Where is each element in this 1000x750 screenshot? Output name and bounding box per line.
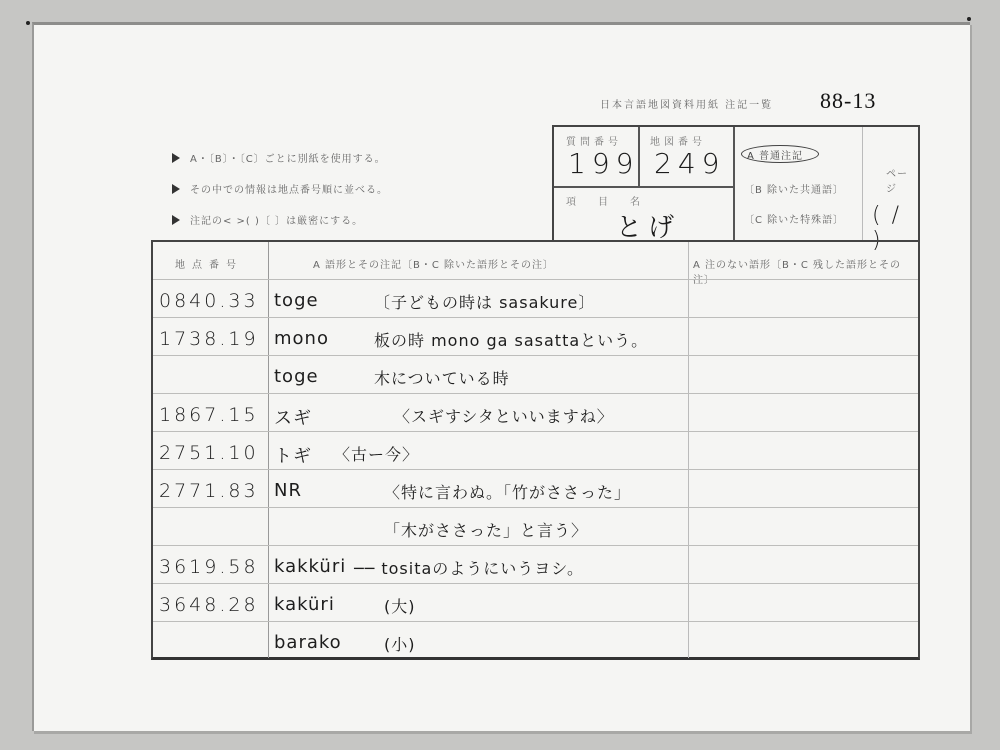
row-rule [153,469,918,470]
point-number: 0840.33 [159,290,259,312]
form-title: 日本言語地図資料用紙 注記一覧 [600,96,773,111]
item-name-label: 項目名 [566,193,662,208]
instruction-1: A・〔B〕・〔C〕ごとに別紙を使用する。 [172,150,386,165]
column-header-point: 地点番号 [175,256,243,271]
row-rule [153,621,918,622]
word-form: kakküri [274,556,346,577]
word-form: toge [274,366,319,387]
notes-table: 地点番号 A 語形とその注記〔B・C 除いた語形とその注〕 A 注のない語形〔B… [151,240,920,660]
map-number-label: 地図番号 [650,133,706,148]
annotation: 〈スギすシタといいますね〉 [394,404,614,427]
map-number: 249 [654,147,725,180]
header-box: 質問番号 199 地図番号 249 項目名 とげ A 普通注記 〔B 除いた共通… [552,125,920,240]
row-rule [153,355,918,356]
point-number: 3619.58 [159,556,259,578]
option-c[interactable]: 〔C 除いた特殊語〕 [744,211,844,226]
annotation: 板の時 mono ga sasattaという。 [374,328,648,351]
row-rule [153,507,918,508]
word-form: NR [274,480,302,501]
divider [733,127,735,242]
row-rule [153,393,918,394]
word-form: toge [274,290,319,311]
annotation: 「木がささった」と言う〉 [384,518,588,541]
pin-mark [967,17,971,21]
point-number: 1738.19 [159,328,259,350]
annotation: (小) [384,632,416,655]
form-code: 88-13 [820,88,876,114]
row-rule [153,317,918,318]
annotation: (大) [384,594,416,617]
column-divider [268,242,269,658]
word-form: barako [274,632,342,653]
word-form: mono [274,328,329,349]
divider [554,186,734,188]
word-form: トギ [274,442,312,468]
instruction-2: その中での情報は地点番号順に並べる。 [172,181,388,196]
row-rule [153,583,918,584]
question-number: 199 [568,147,639,180]
triangle-bullet-icon [172,153,180,163]
row-rule [153,545,918,546]
column-divider [688,242,689,658]
question-number-label: 質問番号 [566,133,622,148]
annotation: 〔子どもの時は sasakure〕 [374,290,595,313]
column-header-plain-form: A 注のない語形〔B・C 残した語形とその注〕 [693,256,918,286]
triangle-bullet-icon [172,184,180,194]
pin-mark [26,21,30,25]
word-form: kaküri [274,594,335,615]
point-number: 2751.10 [159,442,259,464]
option-a[interactable]: A 普通注記 [747,147,803,162]
word-form: スギ [274,404,312,430]
row-rule [153,279,918,280]
annotation: 〈古ー今〉 [334,442,419,465]
triangle-bullet-icon [172,215,180,225]
item-name: とげ [616,207,680,244]
option-b[interactable]: 〔B 除いた共通語〕 [744,181,844,196]
page-label: ページ [886,165,918,195]
row-rule [153,431,918,432]
instruction-3: 注記の< >( )〔 〕は厳密にする。 [172,212,363,227]
point-number: 3648.28 [159,594,259,616]
divider [862,127,863,242]
point-number: 2771.83 [159,480,259,502]
column-header-form-note: A 語形とその注記〔B・C 除いた語形とその注〕 [313,256,554,271]
annotation: 〈特に言わぬ。「竹がささった」 [384,480,631,503]
annotation: ── tositaのようにいうヨシ。 [354,556,584,579]
annotation: 木についている時 [374,366,510,389]
point-number: 1867.15 [159,404,259,426]
